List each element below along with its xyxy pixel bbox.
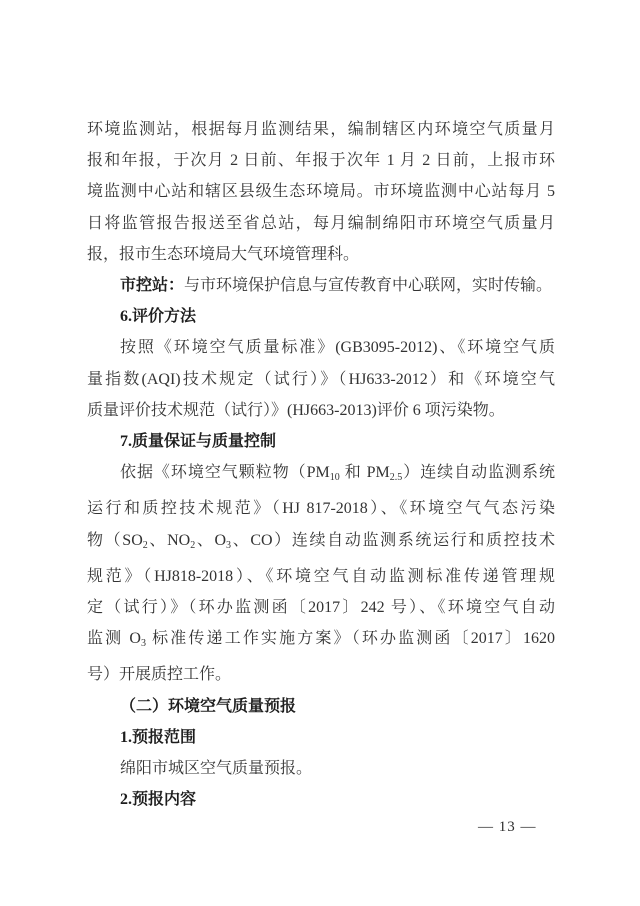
body-text: 质量评价技术规范（试行）》(HJ663-2013)评价 6 项污染物。 — [87, 402, 505, 419]
body-text: 、NO — [148, 532, 190, 549]
body-text: 报和年报，于次月 2 日前、年报于次年 1 月 2 日前，上报市环 — [87, 152, 555, 169]
document-page: 环境监测站，根据每月监测结果，编制辖区内环境空气质量月报和年报，于次月 2 日前… — [0, 0, 640, 906]
page-number: — 13 — — [478, 819, 537, 835]
body-text: 运行和质控技术规范》（HJ 817-2018）、《环境空气气态污染 — [87, 500, 555, 517]
text-line: 监测 O3 标准传递工作实施方案》（环办监测函〔2017〕1620 — [87, 623, 555, 659]
body-text: 绵阳市城区空气质量预报。 — [120, 760, 312, 777]
text-line: 日将监管报告报送至省总站，每月编制绵阳市环境空气质量月 — [87, 208, 555, 239]
text-line: 定（试行）》（环办监测函〔2017〕242 号）、《环境空气自动 — [87, 592, 555, 623]
subscript-text: 10 — [330, 472, 340, 483]
text-line: 境监测中心站和辖区县级生态环境局。市环境监测中心站每月 5 — [87, 176, 555, 207]
body-text: 标准传递工作实施方案》（环办监测函〔2017〕1620 — [146, 630, 555, 647]
body-text: 境监测中心站和辖区县级生态环境局。市环境监测中心站每月 5 — [87, 183, 555, 200]
text-line: 报，报市生态环境局大气环境管理科。 — [87, 239, 555, 270]
heading-text: 1.预报范围 — [120, 729, 196, 746]
document-body: 环境监测站，根据每月监测结果，编制辖区内环境空气质量月报和年报，于次月 2 日前… — [87, 114, 555, 815]
body-text: 定（试行）》（环办监测函〔2017〕242 号）、《环境空气自动 — [87, 599, 555, 616]
body-text: 、CO）连续自动监测系统运行和质控技术 — [231, 532, 555, 549]
heading-text: 7.质量保证与质量控制 — [120, 433, 276, 450]
text-line: 环境监测站，根据每月监测结果，编制辖区内环境空气质量月 — [87, 114, 555, 145]
body-text: 日将监管报告报送至省总站，每月编制绵阳市环境空气质量月 — [87, 215, 555, 232]
body-text: ）连续自动监测系统 — [402, 464, 555, 481]
text-line: 物（SO2、NO2、O3、CO）连续自动监测系统运行和质控技术 — [87, 525, 555, 561]
text-line: 1.预报范围 — [87, 722, 555, 753]
text-line: 依据《环境空气颗粒物（PM10 和 PM2.5）连续自动监测系统 — [87, 457, 555, 493]
body-text: 号）开展质控工作。 — [87, 666, 231, 683]
heading-text: 2.预报内容 — [120, 791, 196, 808]
text-line: 按照《环境空气质量标准》(GB3095-2012)、《环境空气质 — [87, 332, 555, 363]
body-text: 依据《环境空气颗粒物（PM — [120, 464, 330, 481]
body-text: 报，报市生态环境局大气环境管理科。 — [87, 246, 359, 263]
body-text: 按照《环境空气质量标准》(GB3095-2012)、《环境空气质 — [120, 339, 555, 356]
body-text: 量指数(AQI)技术规定（试行）》（HJ633-2012）和《环境空气 — [87, 371, 555, 388]
body-text: 环境监测站，根据每月监测结果，编制辖区内环境空气质量月 — [87, 121, 555, 138]
scanned-document-page: { "page": { "background_color": "#ffffff… — [0, 0, 640, 906]
text-line: 绵阳市城区空气质量预报。 — [87, 753, 555, 784]
text-line: 7.质量保证与质量控制 — [87, 426, 555, 457]
heading-text: （二）环境空气质量预报 — [120, 698, 296, 715]
body-text: 和 PM — [340, 464, 390, 481]
subscript-text: 2.5 — [390, 472, 403, 483]
text-line: 号）开展质控工作。 — [87, 659, 555, 690]
text-line: （二）环境空气质量预报 — [87, 691, 555, 722]
text-line: 规范》（HJ818-2018）、《环境空气自动监测标准传递管理规 — [87, 561, 555, 592]
body-text: 物（SO — [87, 532, 143, 549]
text-line: 量指数(AQI)技术规定（试行）》（HJ633-2012）和《环境空气 — [87, 364, 555, 395]
heading-text: 市控站： — [120, 277, 184, 294]
text-line: 市控站：与市环境保护信息与宣传教育中心联网，实时传输。 — [87, 270, 555, 301]
text-line: 质量评价技术规范（试行）》(HJ663-2013)评价 6 项污染物。 — [87, 395, 555, 426]
text-line: 报和年报，于次月 2 日前、年报于次年 1 月 2 日前，上报市环 — [87, 145, 555, 176]
text-line: 2.预报内容 — [87, 784, 555, 815]
body-text: 规范》（HJ818-2018）、《环境空气自动监测标准传递管理规 — [87, 568, 555, 585]
heading-text: 6.评价方法 — [120, 308, 196, 325]
page-footer: — 13 — — [478, 819, 537, 836]
body-text: 与市环境保护信息与宣传教育中心联网，实时传输。 — [184, 277, 552, 294]
text-line: 运行和质控技术规范》（HJ 817-2018）、《环境空气气态污染 — [87, 493, 555, 524]
body-text: 监测 O — [87, 630, 141, 647]
text-line: 6.评价方法 — [87, 301, 555, 332]
body-text: 、O — [195, 532, 226, 549]
